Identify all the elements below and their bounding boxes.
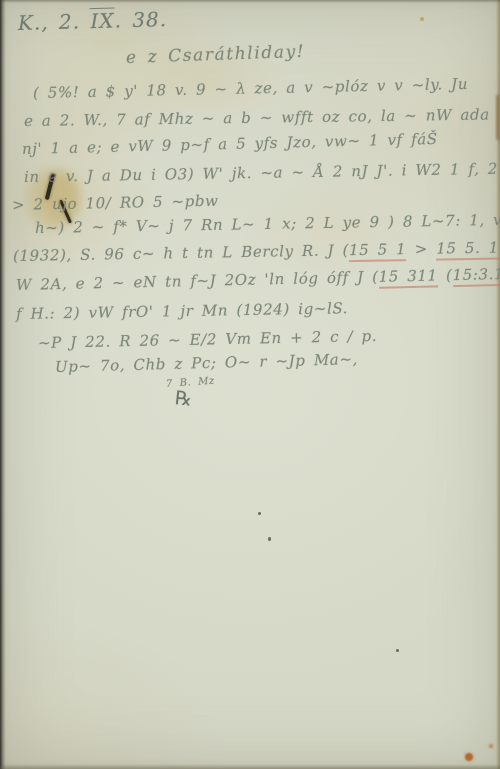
rust-spot [465, 753, 473, 761]
rust-spot [489, 744, 493, 748]
date-line: K., 2. IX. 38. [18, 7, 168, 35]
body-line: nj' 1 a e; e vW 9 p~f a 5 yfs Jzo, vw~ 1… [22, 130, 438, 158]
reference-text: (1932), S. 96 c~ h t tn L Bercly R. J ( [13, 241, 349, 265]
speck [396, 649, 399, 652]
reference-line: (1932), S. 96 c~ h t tn L Bercly R. J (1… [13, 238, 500, 265]
body-line: f H.: 2) vW frO' 1 jr Mn (1924) ig~lS. [16, 299, 348, 323]
reference-separator: > [406, 240, 436, 259]
paper-bottom-edge-shadow [0, 764, 500, 769]
speck [420, 17, 424, 21]
closing-line: Up~ 7o, Chb z Pc; O~ r ~Jp Ma~, [55, 350, 358, 376]
reference-separator: ( [437, 266, 452, 284]
reference-text: W 2A, e 2 ~ eN tn f~J 2Oz 'ln lóg óff J … [16, 268, 379, 294]
postscript-line: ~P J 22. R 26 ~ E/2 Vm En + 2 c / p. [38, 327, 378, 352]
speck [268, 537, 271, 541]
speck [258, 512, 261, 515]
paper-right-edge-stain [496, 95, 500, 140]
underlined-reference-number: 15 311 [378, 266, 438, 288]
underlined-reference-number: 15 5. 11 [436, 238, 500, 260]
underlined-reference-number: 15 5 1 [349, 240, 407, 262]
paper-top-edge-shadow [0, 0, 500, 3]
body-line: in e v. J a Du i O3) W' jk. ~a ~ Å 2 nJ … [24, 160, 498, 186]
signature-monogram: ℞ [174, 387, 194, 411]
letter-page: K., 2. IX. 38. e z Csaráthliday! ( 5%! a… [0, 0, 500, 769]
salutation-line: e z Csaráthliday! [126, 42, 306, 68]
date-month-roman-overlined: IX [90, 7, 115, 33]
reference-line: W 2A, e 2 ~ eN tn f~J 2Oz 'ln lóg óff J … [16, 265, 500, 294]
paper-left-edge-shadow [0, 0, 6, 769]
body-line: h~) 2 ~ f* V~ j 7 Rn L~ 1 x; 2 L ye 9 ) … [35, 210, 500, 237]
body-line: e a 2. W., 7 af Mhz ~ a b ~ wfft oz co, … [24, 105, 490, 130]
underlined-reference-number: 15:3.11 [452, 265, 500, 287]
date-prefix: K., 2. [18, 9, 91, 35]
paper-right-edge-shadow [496, 0, 500, 769]
body-line: ( 5%! a $ y' 18 v. 9 ~ λ ze, a v ~plóz v… [33, 75, 468, 102]
date-suffix: . 38. [114, 7, 167, 32]
body-line: > 2 ujo 10/ RO 5 ~pbw [12, 192, 219, 214]
